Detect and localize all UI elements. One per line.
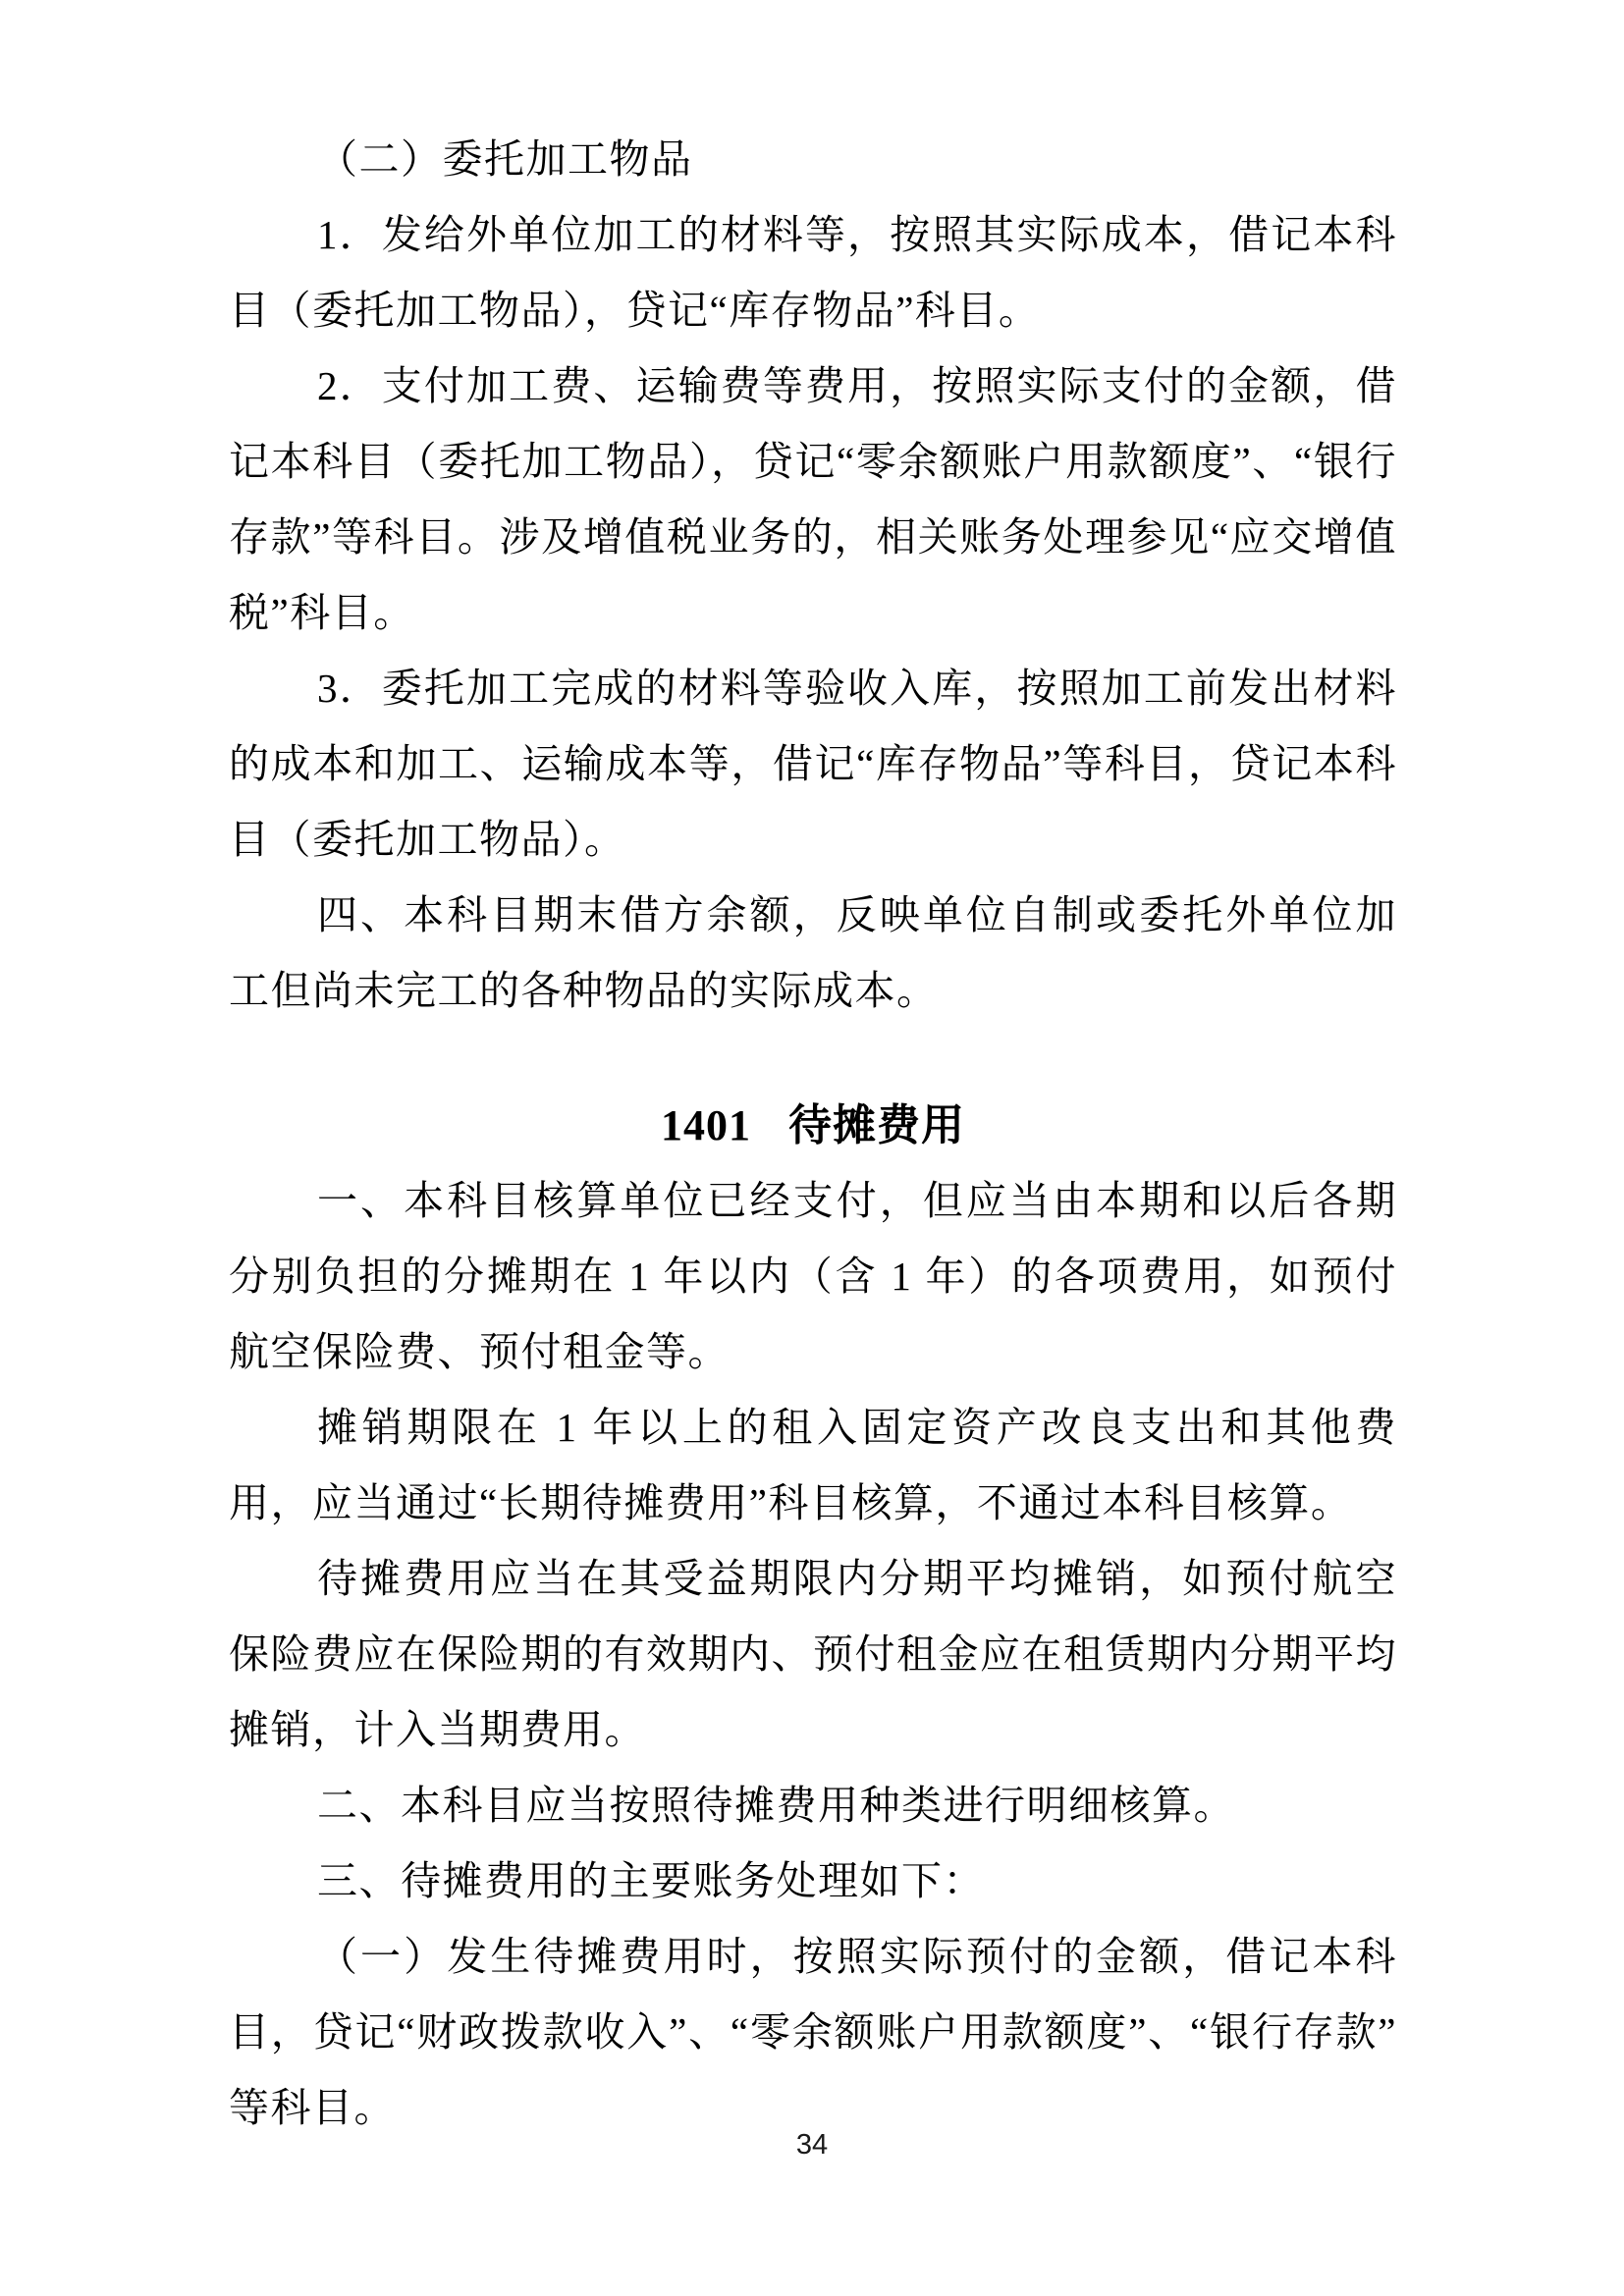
paragraph: 三、待摊费用的主要账务处理如下： [229,1843,1397,1919]
paragraph: 四、本科目期末借方余额，反映单位自制或委托外单位加工但尚未完工的各种物品的实际成… [229,878,1397,1029]
page-content: （二）委托加工物品 1．发给外单位加工的材料等，按照其实际成本，借记本科目（委托… [229,122,1397,2146]
paragraph: 3．委托加工完成的材料等验收入库，按照加工前发出材料的成本和加工、运输成本等，借… [229,651,1397,878]
paragraph: 一、本科目核算单位已经支付，但应当由本期和以后各期分别负担的分摊期在 1 年以内… [229,1163,1397,1390]
paragraph: 摊销期限在 1 年以上的租入固定资产改良支出和其他费用，应当通过“长期待摊费用”… [229,1390,1397,1541]
paragraph: 2．支付加工费、运输费等费用，按照实际支付的金额，借记本科目（委托加工物品），贷… [229,348,1397,651]
section-code: 1401 [661,1101,751,1149]
paragraph: 待摊费用应当在其受益期限内分期平均摊销，如预付航空保险费应在保险期的有效期内、预… [229,1541,1397,1768]
section-heading: 1401待摊费用 [229,1088,1397,1163]
paragraph: （一）发生待摊费用时，按照实际预付的金额，借记本科目，贷记“财政拨款收入”、“零… [229,1919,1397,2146]
paragraph: （二）委托加工物品 [229,122,1397,197]
section-title: 待摊费用 [788,1101,965,1149]
page-number: 34 [0,2128,1624,2162]
paragraph: 二、本科目应当按照待摊费用种类进行明细核算。 [229,1768,1397,1843]
document-page: （二）委托加工物品 1．发给外单位加工的材料等，按照其实际成本，借记本科目（委托… [0,0,1624,2296]
paragraph: 1．发给外单位加工的材料等，按照其实际成本，借记本科目（委托加工物品），贷记“库… [229,197,1397,348]
